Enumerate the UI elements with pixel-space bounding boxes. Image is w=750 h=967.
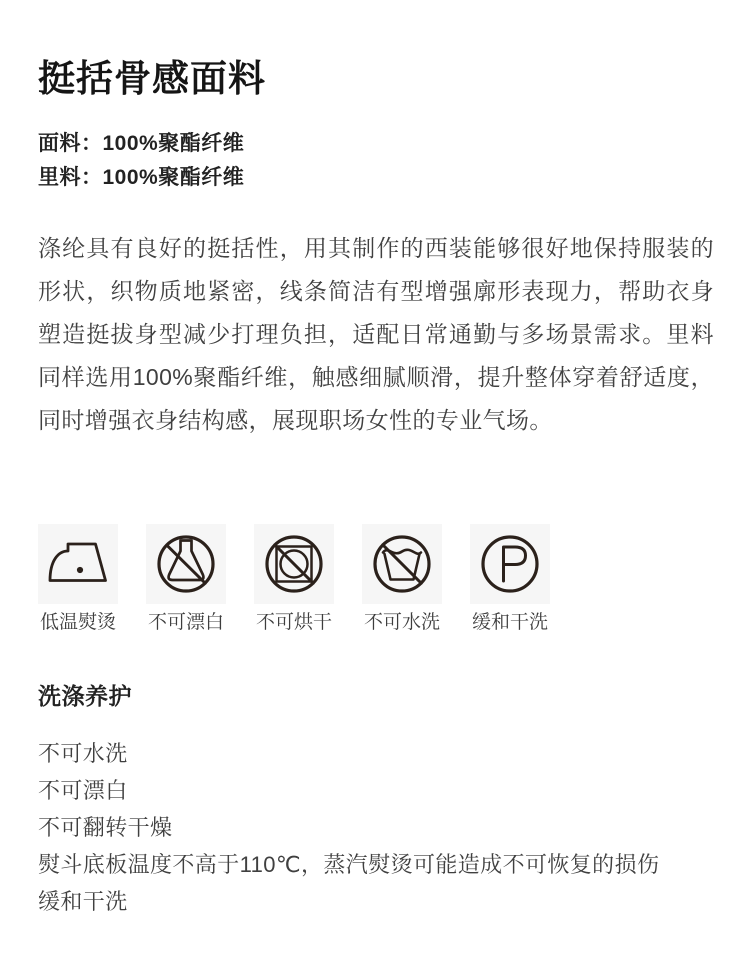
page-title: 挺括骨感面料 — [38, 0, 712, 102]
care-instruction-list: 不可水洗 不可漂白 不可翻转干燥 熨斗底板温度不高于110℃，蒸汽熨烫可能造成不… — [38, 735, 712, 920]
care-icons-row: 低温熨烫 不可漂白 不可烘干 — [38, 524, 712, 635]
care-section-title: 洗涤养护 — [38, 681, 712, 711]
no-tumble-dry-icon — [254, 524, 334, 604]
product-fabric-detail-page: 挺括骨感面料 面料：100%聚酯纤维 里料：100%聚酯纤维 涤纶具有良好的挺括… — [0, 0, 750, 967]
care-instruction-item: 不可水洗 — [38, 735, 712, 772]
care-icon-label: 不可漂白 — [148, 611, 224, 635]
care-icon-cell-bleach: 不可漂白 — [146, 524, 226, 635]
fabric-spec-shell: 面料：100%聚酯纤维 — [38, 127, 712, 161]
care-icon-label: 缓和干洗 — [472, 611, 548, 635]
no-wash-icon — [362, 524, 442, 604]
care-instruction-item: 不可漂白 — [38, 772, 712, 809]
care-icon-cell-wash: 不可水洗 — [362, 524, 442, 635]
care-icon-label: 不可烘干 — [256, 611, 332, 635]
fabric-specs: 面料：100%聚酯纤维 里料：100%聚酯纤维 — [38, 127, 712, 195]
fabric-description: 涤纶具有良好的挺括性，用其制作的西装能够很好地保持服装的形状，织物质地紧密，线条… — [38, 227, 714, 442]
care-icon-label: 不可水洗 — [364, 611, 440, 635]
care-icon-cell-dry-clean: 缓和干洗 — [470, 524, 550, 635]
fabric-spec-lining: 里料：100%聚酯纤维 — [38, 161, 712, 195]
care-icon-cell-tumble-dry: 不可烘干 — [254, 524, 334, 635]
care-instruction-item: 不可翻转干燥 — [38, 809, 712, 846]
dry-clean-gentle-icon — [470, 524, 550, 604]
care-icon-label: 低温熨烫 — [40, 611, 116, 635]
care-icon-cell-iron: 低温熨烫 — [38, 524, 118, 635]
care-instruction-item: 熨斗底板温度不高于110℃，蒸汽熨烫可能造成不可恢复的损伤 — [38, 846, 712, 883]
iron-low-temp-icon — [38, 524, 118, 604]
no-bleach-icon — [146, 524, 226, 604]
care-instruction-item: 缓和干洗 — [38, 883, 712, 920]
